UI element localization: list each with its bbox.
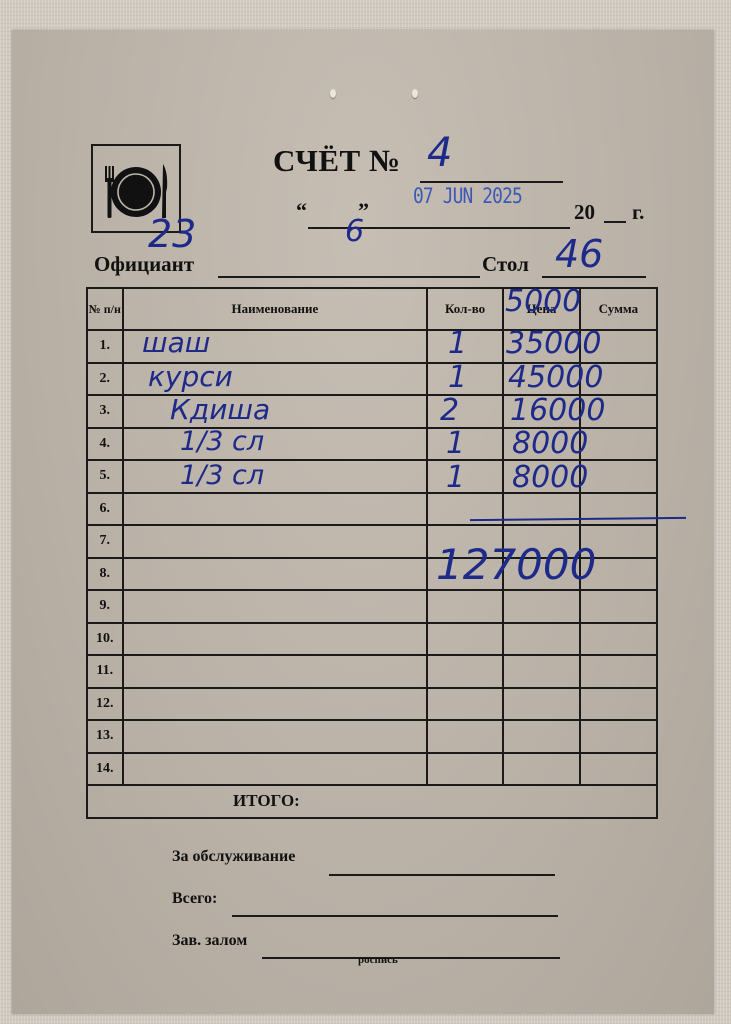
row-num: 7. bbox=[87, 525, 123, 558]
row-sum bbox=[580, 688, 657, 721]
table-row: 13. bbox=[87, 720, 657, 753]
itogo-label: ИТОГО: bbox=[87, 785, 657, 818]
staple-hole bbox=[330, 89, 336, 98]
item-price: 16000 bbox=[510, 393, 605, 428]
row-name bbox=[123, 720, 428, 753]
row-qty bbox=[427, 395, 503, 428]
row-qty bbox=[427, 688, 503, 721]
row-sum bbox=[580, 460, 657, 493]
row-name bbox=[123, 395, 428, 428]
bill-number-value: 4 bbox=[427, 130, 452, 176]
row-num: 1. bbox=[87, 330, 123, 363]
header-qty: Кол-во bbox=[427, 288, 503, 330]
item-name: шаш bbox=[142, 326, 210, 359]
service-line bbox=[329, 874, 555, 876]
row-num: 9. bbox=[87, 590, 123, 623]
manager-signature-line bbox=[262, 957, 560, 959]
item-price: 35000 bbox=[506, 326, 601, 361]
row-num: 11. bbox=[87, 655, 123, 688]
row-price bbox=[503, 623, 580, 656]
row-price bbox=[503, 720, 580, 753]
row-num: 2. bbox=[87, 363, 123, 396]
row-qty bbox=[427, 428, 503, 461]
row-sum bbox=[580, 623, 657, 656]
handwritten-day: 6 bbox=[345, 214, 364, 249]
header-name: Наименование bbox=[123, 288, 428, 330]
table-row: 12. bbox=[87, 688, 657, 721]
row-num: 14. bbox=[87, 753, 123, 786]
total-label: Всего: bbox=[172, 890, 217, 908]
waiter-value: 23 bbox=[148, 212, 196, 256]
row-sum bbox=[580, 655, 657, 688]
row-name bbox=[123, 688, 428, 721]
total-line bbox=[232, 915, 558, 917]
table-row: 9. bbox=[87, 590, 657, 623]
row-num: 4. bbox=[87, 428, 123, 461]
waiter-line bbox=[218, 276, 480, 278]
item-price: 8000 bbox=[512, 460, 588, 495]
row-qty bbox=[427, 720, 503, 753]
item-qty: 1 bbox=[448, 326, 467, 361]
row-num: 8. bbox=[87, 558, 123, 591]
date-quote-open: “ bbox=[296, 198, 307, 224]
itogo-row: ИТОГО: bbox=[87, 785, 657, 818]
table-value: 46 bbox=[555, 232, 603, 276]
row-name bbox=[123, 493, 428, 526]
row-qty bbox=[427, 655, 503, 688]
table-row: 14. bbox=[87, 753, 657, 786]
row-qty bbox=[427, 460, 503, 493]
service-label: За обслуживание bbox=[172, 848, 295, 866]
item-name: курси bbox=[148, 360, 233, 393]
year-prefix: 20 bbox=[574, 200, 595, 225]
row-price bbox=[503, 688, 580, 721]
row-sum bbox=[580, 590, 657, 623]
manager-label: Зав. залом bbox=[172, 932, 247, 950]
row-num: 6. bbox=[87, 493, 123, 526]
date-stamp: 07 JUN 2025 bbox=[413, 184, 522, 208]
table-row: 11. bbox=[87, 655, 657, 688]
row-qty bbox=[427, 623, 503, 656]
row-num: 12. bbox=[87, 688, 123, 721]
row-sum bbox=[580, 720, 657, 753]
item-name: 1/3 сл bbox=[180, 460, 264, 491]
row-name bbox=[123, 590, 428, 623]
row-price bbox=[503, 590, 580, 623]
item-qty: 1 bbox=[446, 426, 465, 461]
row-qty bbox=[427, 753, 503, 786]
row-num: 10. bbox=[87, 623, 123, 656]
row-name bbox=[123, 428, 428, 461]
signature-caption: роспись bbox=[358, 954, 398, 966]
item-name: 1/3 сл bbox=[180, 426, 264, 457]
bill-number-line bbox=[420, 181, 563, 183]
table-label: Стол bbox=[482, 252, 529, 277]
row-qty bbox=[427, 590, 503, 623]
row-price bbox=[503, 655, 580, 688]
row-sum bbox=[580, 753, 657, 786]
item-qty: 1 bbox=[448, 360, 467, 395]
row-sum bbox=[580, 493, 657, 526]
row-name bbox=[123, 460, 428, 493]
row-name bbox=[123, 558, 428, 591]
row-name bbox=[123, 753, 428, 786]
row-num: 3. bbox=[87, 395, 123, 428]
item-price: 8000 bbox=[512, 426, 588, 461]
table-row: 10. bbox=[87, 623, 657, 656]
item-price: 45000 bbox=[508, 360, 603, 395]
item-qty: 1 bbox=[446, 460, 465, 495]
row-name bbox=[123, 623, 428, 656]
row-price bbox=[503, 753, 580, 786]
row-num: 5. bbox=[87, 460, 123, 493]
bill-title-text: СЧЁТ № bbox=[273, 143, 401, 178]
year-suffix: г. bbox=[632, 200, 644, 225]
row-name bbox=[123, 525, 428, 558]
header-num: № п/н bbox=[87, 288, 123, 330]
handwritten-total: 127000 bbox=[436, 540, 596, 589]
item-name: Кдиша bbox=[170, 393, 270, 426]
staple-hole bbox=[412, 89, 418, 98]
row-sum bbox=[580, 428, 657, 461]
header-handwritten-value: 5000 bbox=[505, 284, 581, 319]
item-qty: 2 bbox=[440, 393, 459, 428]
table-line bbox=[542, 276, 646, 278]
header-sum: Сумма bbox=[580, 288, 657, 330]
bill-title: СЧЁТ № bbox=[273, 143, 401, 179]
row-num: 13. bbox=[87, 720, 123, 753]
table-row: 6. bbox=[87, 493, 657, 526]
row-name bbox=[123, 655, 428, 688]
year-line bbox=[604, 221, 626, 223]
